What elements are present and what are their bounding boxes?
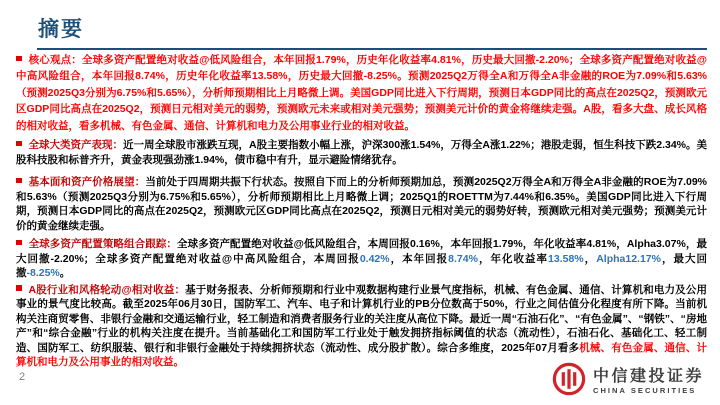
page-number: 2 [19, 371, 25, 383]
text-segment-blue: 0.42% [360, 253, 390, 265]
text-segment-black: ， [584, 253, 597, 265]
text-segment-blue: 13.58% [548, 253, 584, 265]
bullet-item: 核心观点：全球多资产配置绝对收益@低风险组合，本年回报1.79%，历史年化收益率… [16, 52, 707, 134]
logo-text-block: 中信建投证券 CHINA SECURITIES [593, 367, 704, 396]
text-segment-black: 。 [60, 267, 71, 279]
text-segment-lead: 全球大类资产表现： [29, 139, 124, 151]
china-securities-logo: 中信建投证券 CHINA SECURITIES [552, 362, 704, 401]
text-segment-blue: Alpha12.17% [596, 253, 661, 265]
bullet-item: A股行业和风格轮动@相对收益：基于财务报表、分析师预期和行业中观数据构建行业景气… [16, 283, 707, 370]
text-segment-black: ，本年回报 [390, 253, 449, 265]
text-segment-red: 全球多资产配置绝对收益@低风险组合，本年回报1.79%，历史年化收益率4.81%… [16, 54, 707, 132]
page-title: 摘要 [38, 13, 84, 43]
bullet-item: 基本面和资产价格展望：当前处于四周期共振下行状态。按照自下而上的分析师预期加总，… [16, 175, 707, 233]
text-segment-blue: 8.74% [448, 253, 478, 265]
bullet-square-icon [16, 141, 22, 147]
title-underline [37, 48, 707, 50]
bullet-list: 核心观点：全球多资产配置绝对收益@低风险组合，本年回报1.79%，历史年化收益率… [16, 52, 707, 378]
text-segment-blue: -8.25% [27, 267, 60, 279]
text-segment-lead: 基本面和资产价格展望： [29, 176, 146, 188]
logo-en-name: CHINA SECURITIES [593, 386, 704, 396]
bullet-square-icon [16, 178, 22, 184]
bullet-square-icon [16, 240, 22, 246]
logo-cn-name: 中信建投证券 [593, 367, 704, 386]
text-segment-black: ，年化收益率 [478, 253, 548, 265]
text-segment-lead: A股行业和风格轮动@相对收益： [29, 284, 186, 296]
bullet-item: 全球多资产配置策略组合跟踪：全球多资产配置绝对收益@低风险组合，本周回报0.16… [16, 237, 707, 281]
text-segment-red: 核心观点： [29, 54, 82, 66]
bullet-square-icon [16, 285, 22, 291]
text-segment-lead: 全球多资产配置策略组合跟踪： [29, 238, 178, 250]
bullet-square-icon [16, 56, 22, 62]
bullet-item: 全球大类资产表现：近一周全球股市涨跌互现，A股主要指数小幅上涨，沪深300涨1.… [16, 138, 707, 167]
china-securities-logo-icon [552, 362, 586, 401]
